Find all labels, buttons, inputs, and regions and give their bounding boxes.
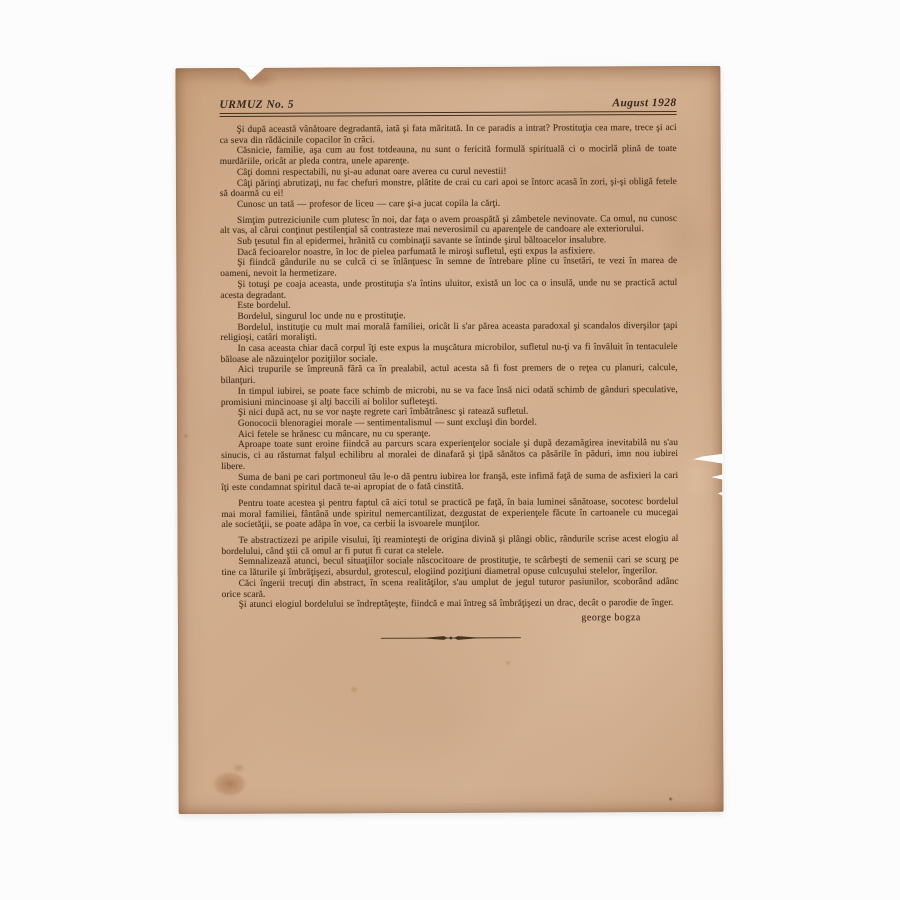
article-paragraph: Pentru toate acestea şi pentru faptul că… <box>221 497 678 531</box>
article-paragraph: Te abstractizezi pe aripile visului, îţi… <box>221 534 678 557</box>
issue-date: August 1928 <box>612 97 676 109</box>
masthead-double-rule <box>220 111 677 117</box>
right-edge-tear <box>693 453 723 498</box>
masthead: URMUZ No. 5 August 1928 <box>220 97 677 111</box>
author-signature: george bogza <box>222 612 679 625</box>
article-paragraph: Aici trupurile se împreună fără ca în pr… <box>221 363 678 386</box>
page-content: URMUZ No. 5 August 1928 Şi după această … <box>220 97 679 648</box>
magazine-page: URMUZ No. 5 August 1928 Şi după această … <box>175 66 723 814</box>
article-paragraph: Căsnicie, familie, aşa cum au fost totde… <box>220 144 677 167</box>
article-paragraph: In casa aceasta chiar dacă corpul îţi es… <box>221 342 678 365</box>
article-paragraph: Cunosc un tată — profesor de liceu — car… <box>220 198 677 211</box>
top-edge-tear <box>237 67 265 80</box>
scan-background: URMUZ No. 5 August 1928 Şi după această … <box>0 0 900 900</box>
article-paragraph: Căci îngerii trecuţi din abstract, în sc… <box>222 577 679 600</box>
tailpiece-ornament-icon <box>222 628 679 648</box>
journal-title: URMUZ No. 5 <box>220 99 294 111</box>
article-paragraph: Câţi părinţi abrutizaţi, nu fac chefuri … <box>220 177 677 200</box>
article-paragraph: Şi totuşi pe coaja aceasta, unde prostit… <box>220 278 677 301</box>
article-body: Şi după această vânătoare degradantă, ia… <box>220 123 679 611</box>
article-paragraph: In timpul iubirei, se poate face schimb … <box>221 385 678 408</box>
article-paragraph: Şi atunci elogiul bordelului se îndreptă… <box>222 598 679 611</box>
article-paragraph: Suma de bani pe cari portmoneul tău le-o… <box>221 471 678 494</box>
article-paragraph: Simţim putreziciunile cum plutesc în noi… <box>220 214 677 237</box>
article-paragraph: Bordelul, instituţie cu mult mai morală … <box>220 321 677 344</box>
article-paragraph: Şi după această vânătoare degradantă, ia… <box>220 123 677 146</box>
article-paragraph: Semnalizează atunci, becul situaţiilor s… <box>222 555 679 578</box>
article-paragraph: Şi fiindcă gândurile nu se culcă ci se î… <box>220 256 677 279</box>
article-paragraph: Aproape toate sunt eroine fiindcă au par… <box>221 438 678 472</box>
